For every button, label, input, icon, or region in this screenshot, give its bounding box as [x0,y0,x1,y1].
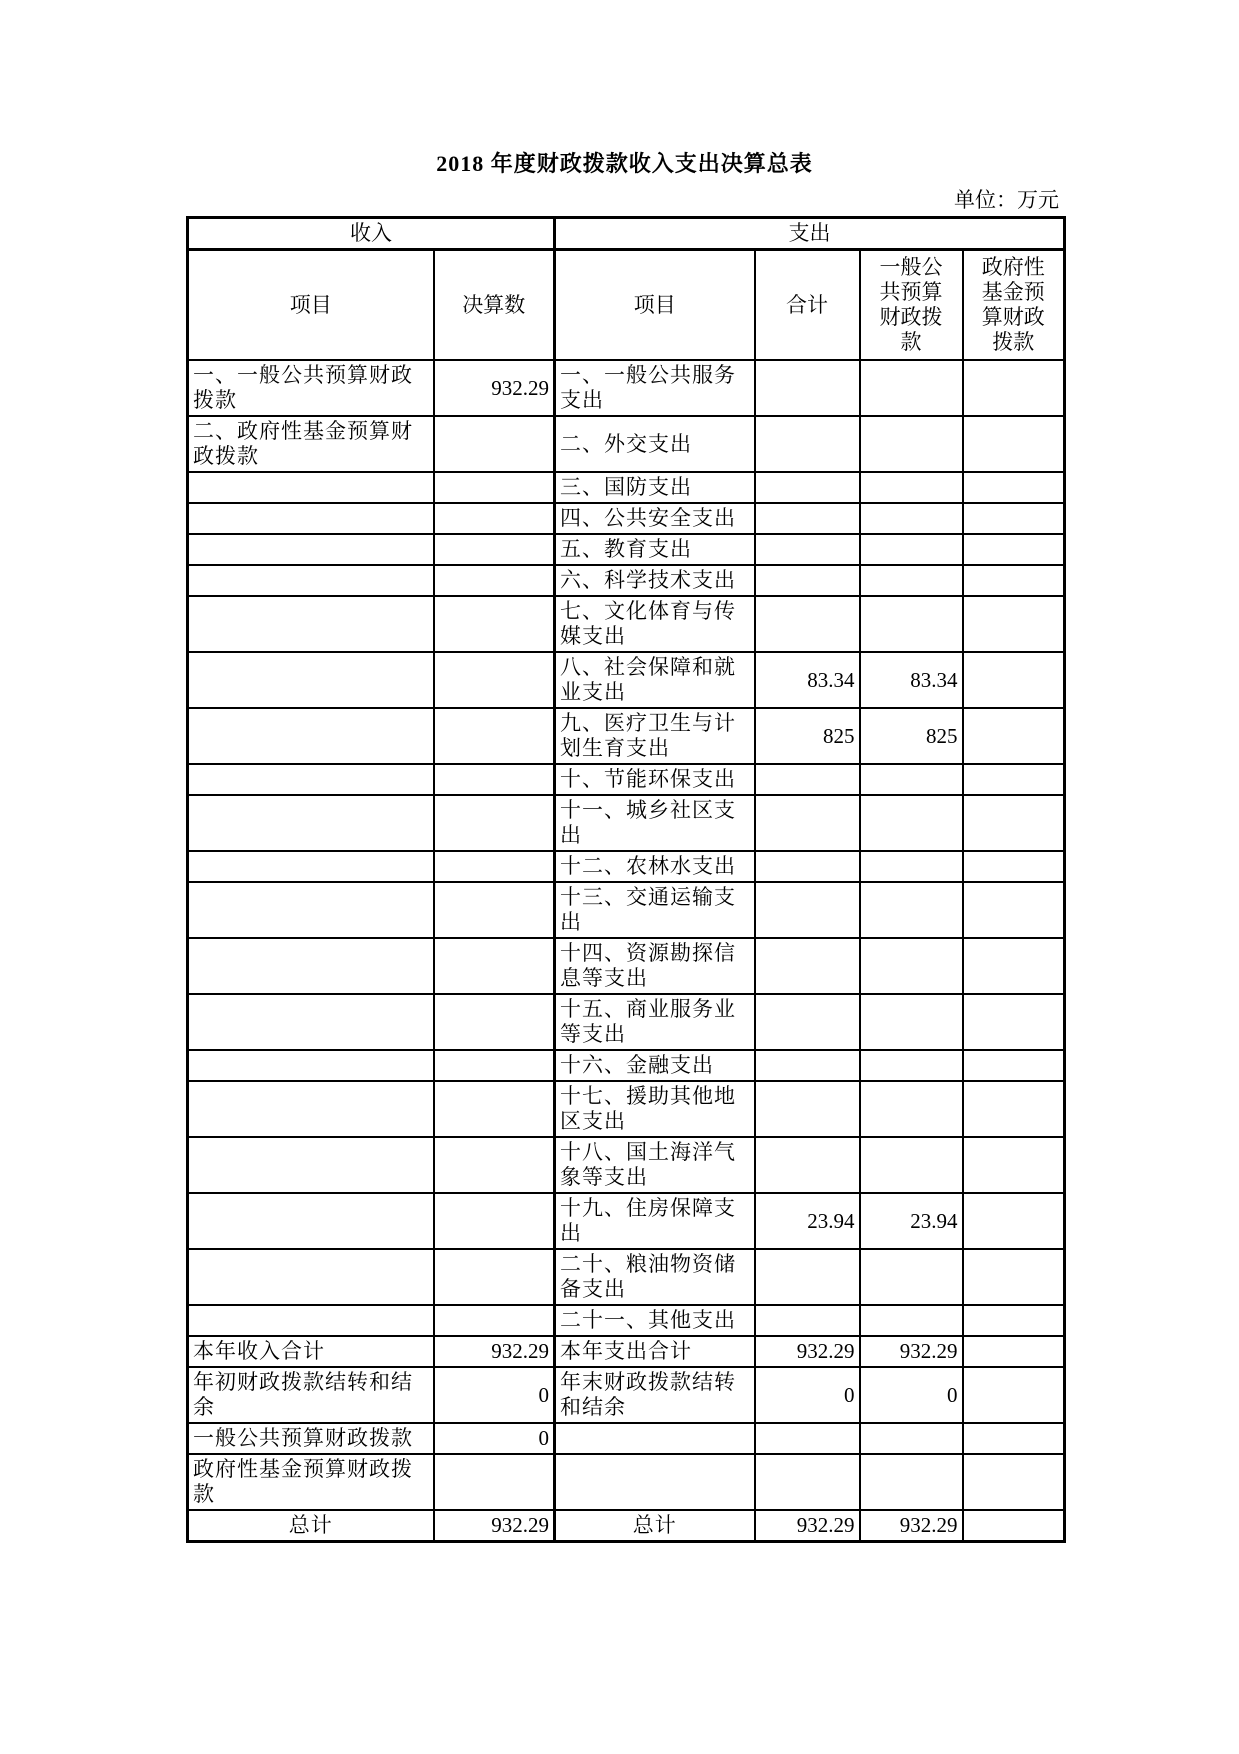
income-value-cell: 0 [434,1367,555,1423]
income-item-cell: 政府性基金预算财政拨 款 [188,1454,434,1510]
income-item-cell [188,1193,434,1249]
income-value-cell [434,882,555,938]
income-item-cell: 一般公共预算财政拨款 [188,1423,434,1454]
expense-item-cell: 总计 [555,1510,755,1542]
expense-fund-cell [963,1081,1065,1137]
expense-general-cell [860,938,963,994]
income-item-cell: 一、一般公共预算财政 拨款 [188,360,434,416]
table-row: 八、社会保障和就 业支出83.3483.34 [188,652,1065,708]
income-value-cell [434,851,555,882]
expense-total-cell [755,795,860,851]
expense-general-cell [860,565,963,596]
expense-total-cell: 23.94 [755,1193,860,1249]
income-value-cell [434,503,555,534]
expense-general-cell: 932.29 [860,1336,963,1367]
expense-total-cell [755,1423,860,1454]
expense-item-cell: 十一、城乡社区支 出 [555,795,755,851]
table-row: 十四、资源勘探信 息等支出 [188,938,1065,994]
income-item-cell: 年初财政拨款结转和结 余 [188,1367,434,1423]
income-item-cell [188,1137,434,1193]
expense-item-cell: 十八、国土海洋气 象等支出 [555,1137,755,1193]
income-value-cell [434,764,555,795]
expense-item-cell [555,1423,755,1454]
expense-item-cell: 十二、农林水支出 [555,851,755,882]
col-header-income-item: 项目 [188,250,434,361]
income-value-cell [434,994,555,1050]
expense-fund-cell [963,1454,1065,1510]
expense-fund-cell [963,652,1065,708]
table-row: 十二、农林水支出 [188,851,1065,882]
expense-item-cell: 十、节能环保支出 [555,764,755,795]
col-header-general-budget: 一般公 共预算 财政拨 款 [860,250,963,361]
income-item-cell [188,652,434,708]
expense-item-cell: 四、公共安全支出 [555,503,755,534]
expense-general-cell [860,1081,963,1137]
expense-item-cell: 十四、资源勘探信 息等支出 [555,938,755,994]
income-item-cell [188,795,434,851]
expense-total-cell [755,764,860,795]
expense-item-cell: 十五、商业服务业 等支出 [555,994,755,1050]
expense-item-cell: 三、国防支出 [555,472,755,503]
income-value-cell: 932.29 [434,1510,555,1542]
expense-general-cell [860,882,963,938]
expense-general-cell [860,596,963,652]
income-item-cell [188,596,434,652]
income-value-cell: 932.29 [434,1336,555,1367]
expense-fund-cell [963,565,1065,596]
budget-summary-table: 收入 支出 项目 决算数 项目 合计 一般公 共预算 财政拨 款 政府性 基金预… [186,216,1066,1543]
income-value-cell [434,596,555,652]
expense-fund-cell [963,1137,1065,1193]
expense-fund-cell [963,1423,1065,1454]
expense-fund-cell [963,1367,1065,1423]
expense-total-cell [755,503,860,534]
expense-item-cell: 九、医疗卫生与计 划生育支出 [555,708,755,764]
expense-general-cell [860,1137,963,1193]
expense-general-cell [860,795,963,851]
expense-item-cell: 十七、援助其他地 区支出 [555,1081,755,1137]
table-row: 十九、住房保障支 出23.9423.94 [188,1193,1065,1249]
expense-fund-cell [963,795,1065,851]
income-item-cell: 二、政府性基金预算财 政拨款 [188,416,434,472]
col-header-expense-total: 合计 [755,250,860,361]
table-row: 总计932.29总计932.29932.29 [188,1510,1065,1542]
expense-general-cell [860,1050,963,1081]
expense-general-cell: 23.94 [860,1193,963,1249]
expense-general-cell [860,1423,963,1454]
col-header-gov-fund: 政府性 基金预 算财政 拨款 [963,250,1065,361]
table-row: 十八、国土海洋气 象等支出 [188,1137,1065,1193]
expense-fund-cell [963,1050,1065,1081]
expense-total-cell: 932.29 [755,1510,860,1542]
expense-item-cell: 十三、交通运输支 出 [555,882,755,938]
expense-total-cell [755,882,860,938]
expense-item-cell: 年末财政拨款结转 和结余 [555,1367,755,1423]
expense-general-cell [860,764,963,795]
table-row: 四、公共安全支出 [188,503,1065,534]
income-value-cell [434,938,555,994]
expense-item-cell: 本年支出合计 [555,1336,755,1367]
income-item-cell [188,472,434,503]
income-item-cell [188,708,434,764]
table-row: 本年收入合计932.29本年支出合计932.29932.29 [188,1336,1065,1367]
table-row: 一般公共预算财政拨款0 [188,1423,1065,1454]
expense-general-cell: 0 [860,1367,963,1423]
table-row: 六、科学技术支出 [188,565,1065,596]
income-item-cell [188,938,434,994]
table-body: 一、一般公共预算财政 拨款932.29一、一般公共服务 支出二、政府性基金预算财… [188,360,1065,1542]
expense-total-cell [755,1081,860,1137]
expense-total-cell [755,1305,860,1336]
income-value-cell: 0 [434,1423,555,1454]
expense-fund-cell [963,938,1065,994]
income-item-cell [188,565,434,596]
expense-fund-cell [963,708,1065,764]
table-row: 十六、金融支出 [188,1050,1065,1081]
income-value-cell: 932.29 [434,360,555,416]
expense-general-cell [860,360,963,416]
income-value-cell [434,565,555,596]
table-row: 十三、交通运输支 出 [188,882,1065,938]
expense-fund-cell [963,1249,1065,1305]
expense-fund-cell [963,851,1065,882]
income-item-cell [188,764,434,795]
table-row: 十五、商业服务业 等支出 [188,994,1065,1050]
income-item-cell [188,851,434,882]
column-header-row: 项目 决算数 项目 合计 一般公 共预算 财政拨 款 政府性 基金预 算财政 拨… [188,250,1065,361]
expense-general-cell [860,994,963,1050]
table-row: 五、教育支出 [188,534,1065,565]
col-header-expense-item: 项目 [555,250,755,361]
income-value-cell [434,534,555,565]
expense-item-cell: 八、社会保障和就 业支出 [555,652,755,708]
expense-item-cell [555,1454,755,1510]
table-row: 政府性基金预算财政拨 款 [188,1454,1065,1510]
table-row: 一、一般公共预算财政 拨款932.29一、一般公共服务 支出 [188,360,1065,416]
income-item-cell [188,503,434,534]
expense-fund-cell [963,360,1065,416]
expense-total-cell [755,534,860,565]
expense-total-cell: 932.29 [755,1336,860,1367]
expense-fund-cell [963,1305,1065,1336]
income-item-cell [188,534,434,565]
expense-total-cell [755,596,860,652]
table-row: 二十一、其他支出 [188,1305,1065,1336]
expense-item-cell: 五、教育支出 [555,534,755,565]
table-row: 二十、粮油物资储 备支出 [188,1249,1065,1305]
table-row: 三、国防支出 [188,472,1065,503]
expense-fund-cell [963,503,1065,534]
expense-fund-cell [963,1336,1065,1367]
page-title: 2018 年度财政拨款收入支出决算总表 [186,150,1063,178]
expense-general-cell: 825 [860,708,963,764]
expense-general-cell [860,1454,963,1510]
expense-item-cell: 二十一、其他支出 [555,1305,755,1336]
income-item-cell [188,1249,434,1305]
income-value-cell [434,1137,555,1193]
income-item-cell [188,882,434,938]
expense-total-cell [755,1249,860,1305]
expense-group-header: 支出 [555,218,1065,250]
expense-total-cell [755,1454,860,1510]
expense-fund-cell [963,416,1065,472]
expense-fund-cell [963,764,1065,795]
expense-fund-cell [963,1510,1065,1542]
expense-item-cell: 十六、金融支出 [555,1050,755,1081]
expense-general-cell [860,416,963,472]
income-item-cell [188,1081,434,1137]
expense-general-cell [860,1249,963,1305]
expense-total-cell: 0 [755,1367,860,1423]
expense-item-cell: 六、科学技术支出 [555,565,755,596]
income-value-cell [434,652,555,708]
table-row: 九、医疗卫生与计 划生育支出825825 [188,708,1065,764]
expense-total-cell [755,938,860,994]
income-value-cell [434,708,555,764]
table-row: 二、政府性基金预算财 政拨款二、外交支出 [188,416,1065,472]
expense-fund-cell [963,534,1065,565]
expense-general-cell: 932.29 [860,1510,963,1542]
income-value-cell [434,1249,555,1305]
income-item-cell: 本年收入合计 [188,1336,434,1367]
expense-general-cell [860,1305,963,1336]
expense-total-cell: 825 [755,708,860,764]
expense-total-cell [755,1050,860,1081]
income-value-cell [434,1454,555,1510]
expense-total-cell [755,565,860,596]
income-value-cell [434,1193,555,1249]
expense-total-cell [755,994,860,1050]
income-value-cell [434,416,555,472]
expense-item-cell: 二十、粮油物资储 备支出 [555,1249,755,1305]
expense-general-cell [860,503,963,534]
expense-total-cell [755,360,860,416]
income-value-cell [434,1081,555,1137]
unit-label: 单位：万元 [186,188,1059,212]
expense-item-cell: 十九、住房保障支 出 [555,1193,755,1249]
expense-total-cell [755,472,860,503]
col-header-income-value: 决算数 [434,250,555,361]
expense-fund-cell [963,472,1065,503]
expense-total-cell [755,851,860,882]
expense-item-cell: 七、文化体育与传 媒支出 [555,596,755,652]
table-row: 年初财政拨款结转和结 余0年末财政拨款结转 和结余00 [188,1367,1065,1423]
expense-fund-cell [963,596,1065,652]
expense-fund-cell [963,994,1065,1050]
expense-item-cell: 一、一般公共服务 支出 [555,360,755,416]
income-value-cell [434,1305,555,1336]
expense-general-cell [860,534,963,565]
table-row: 十、节能环保支出 [188,764,1065,795]
income-value-cell [434,1050,555,1081]
expense-general-cell [860,472,963,503]
expense-fund-cell [963,1193,1065,1249]
expense-total-cell: 83.34 [755,652,860,708]
income-group-header: 收入 [188,218,555,250]
income-value-cell [434,472,555,503]
expense-total-cell [755,1137,860,1193]
income-item-cell: 总计 [188,1510,434,1542]
table-row: 十七、援助其他地 区支出 [188,1081,1065,1137]
group-header-row: 收入 支出 [188,218,1065,250]
income-item-cell [188,994,434,1050]
expense-general-cell [860,851,963,882]
income-item-cell [188,1305,434,1336]
table-row: 七、文化体育与传 媒支出 [188,596,1065,652]
expense-item-cell: 二、外交支出 [555,416,755,472]
expense-general-cell: 83.34 [860,652,963,708]
income-item-cell [188,1050,434,1081]
table-row: 十一、城乡社区支 出 [188,795,1065,851]
expense-fund-cell [963,882,1065,938]
income-value-cell [434,795,555,851]
expense-total-cell [755,416,860,472]
